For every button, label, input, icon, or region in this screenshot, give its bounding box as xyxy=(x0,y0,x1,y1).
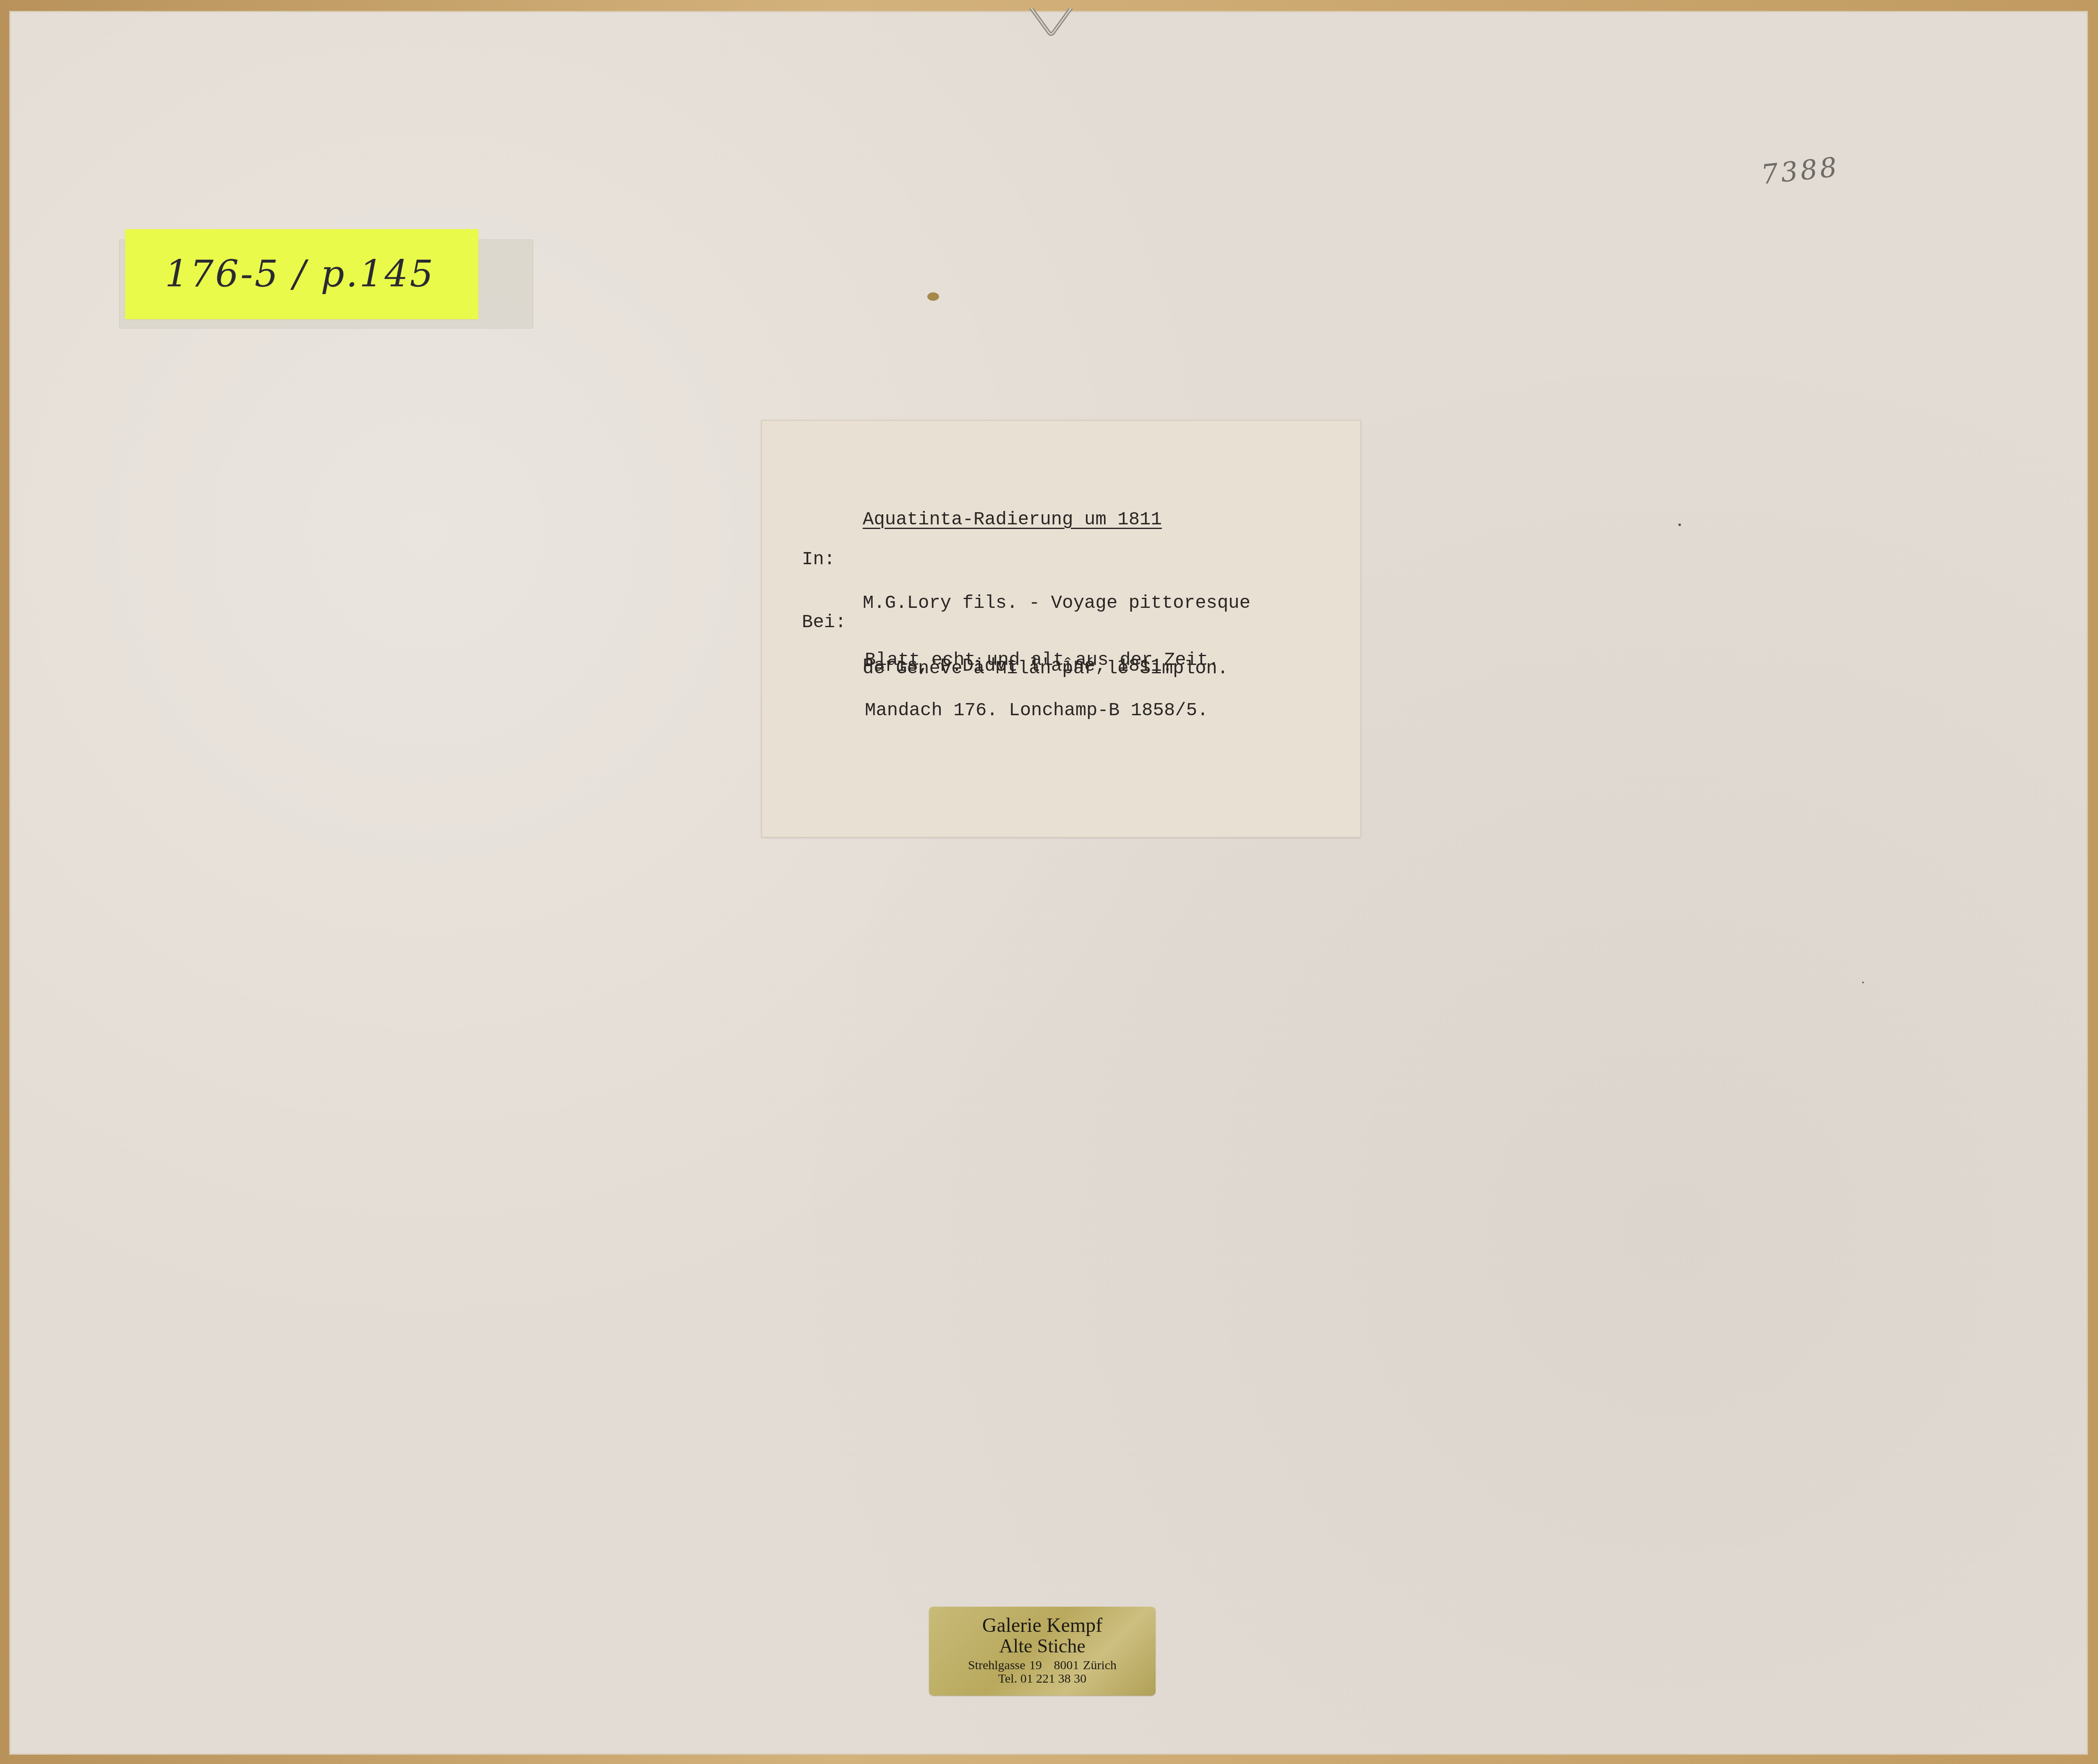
gallery-phone: Tel. 01 221 38 30 xyxy=(929,1672,1156,1686)
backing-board: 7388 176-5 / p.145 Aquatinta-Radierung u… xyxy=(9,11,2088,1755)
sticky-note: 176-5 / p.145 xyxy=(125,229,478,319)
provenance-label-card: Aquatinta-Radierung um 1811 In: M.G.Lory… xyxy=(761,420,1361,838)
gallery-subtitle: Alte Stiche xyxy=(929,1636,1156,1656)
gallery-sticker: Galerie Kempf Alte Stiche Strehlgasse 19… xyxy=(929,1607,1156,1696)
inventory-number: 7388 xyxy=(1760,151,1841,190)
label-note: Blatt echt und alt aus der Zeit. xyxy=(865,649,1219,671)
gallery-address: Strehlgasse 19 8001 Zürich xyxy=(929,1659,1156,1672)
sticky-note-text: 176-5 / p.145 xyxy=(165,252,435,295)
glue-stain xyxy=(927,292,939,301)
label-line: M.G.Lory fils. - Voyage pittoresque xyxy=(863,592,1250,614)
gallery-name: Galerie Kempf xyxy=(929,1615,1156,1636)
hanger-icon xyxy=(1028,8,1074,38)
speck xyxy=(1862,982,1864,983)
speck xyxy=(1678,524,1681,526)
label-key: Bei: xyxy=(802,612,863,721)
label-title: Aquatinta-Radierung um 1811 xyxy=(863,509,1162,531)
label-note: Mandach 176. Lonchamp-B 1858/5. xyxy=(865,700,1208,722)
